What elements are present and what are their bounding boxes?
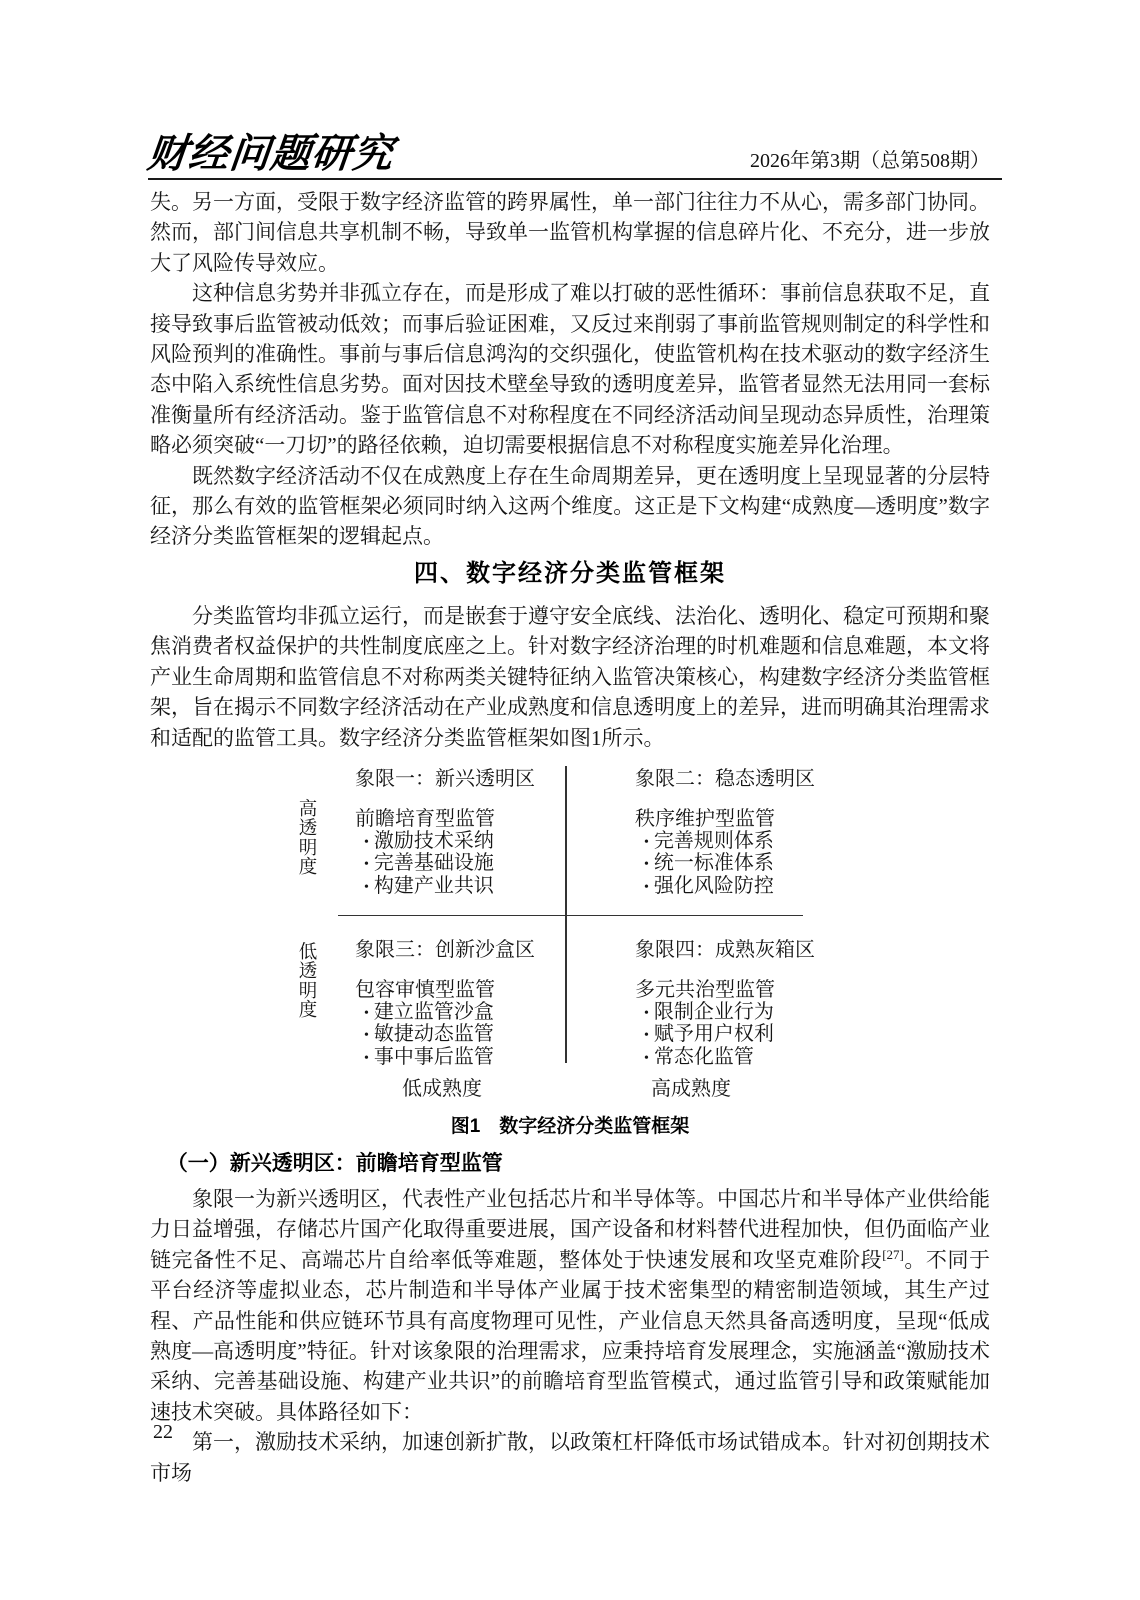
y-axis-label-low-transparency: 低透明度: [295, 944, 321, 1022]
quadrant-4-mature-graybox: 象限四：成熟灰箱区 多元共治型监管 •限制企业行为•赋予用户权利•常态化监管: [635, 939, 875, 1069]
paragraph-risk-transmission: 失。另一方面，受限于数字经济监管的跨界属性，单一部门往往力不从心，需多部门协同。…: [150, 187, 990, 278]
y-axis-label-high-transparency: 高透明度: [295, 801, 321, 879]
quadrant-item-label: 事中事后监管: [374, 1046, 494, 1068]
quadrant-item: •建立监管沙盒: [355, 1002, 595, 1024]
quadrant-item: •完善规则体系: [635, 831, 875, 853]
quadrant-item-label: 敏捷动态监管: [374, 1023, 494, 1045]
quadrant-item-list: •激励技术采纳•完善基础设施•构建产业共识: [355, 831, 595, 898]
quadrant-item: •限制企业行为: [635, 1002, 875, 1024]
quadrant-item: •激励技术采纳: [355, 831, 595, 853]
quadrant-item-list: •限制企业行为•赋予用户权利•常态化监管: [635, 1002, 875, 1069]
paragraph-text: 象限一为新兴透明区，代表性产业包括芯片和半导体等。中国芯片和半导体产业供给能力日…: [150, 1187, 990, 1272]
x-axis-label-high-maturity: 高成熟度: [611, 1078, 771, 1100]
quadrant-item: •常态化监管: [635, 1047, 875, 1069]
quadrant-item-label: 建立监管沙盒: [374, 1001, 494, 1023]
x-axis-label-low-maturity: 低成熟度: [362, 1078, 522, 1100]
bullet-icon: •: [644, 832, 649, 853]
quadrant-title: 象限四：成熟灰箱区: [635, 939, 875, 961]
bullet-icon: •: [364, 832, 369, 853]
figure-caption: 图1 数字经济分类监管框架: [150, 1113, 990, 1141]
quadrant-item-label: 限制企业行为: [654, 1001, 774, 1023]
issue-info: 2026年第3期（总第508期）: [750, 144, 990, 173]
bullet-icon: •: [364, 1025, 369, 1046]
bullet-icon: •: [644, 1025, 649, 1046]
citation-ref-27: [27]: [882, 1247, 904, 1262]
quadrant-item-list: •建立监管沙盒•敏捷动态监管•事中事后监管: [355, 1002, 595, 1069]
quadrant-title: 象限三：创新沙盒区: [355, 939, 595, 961]
quadrant-item-label: 常态化监管: [654, 1046, 754, 1068]
header-rule: [148, 178, 1002, 180]
bullet-icon: •: [644, 1003, 649, 1024]
quadrant-item: •敏捷动态监管: [355, 1024, 595, 1046]
paragraph-path-one: 第一，激励技术采纳，加速创新扩散，以政策杠杆降低市场试错成本。针对初创期技术市场: [150, 1427, 990, 1488]
quadrant-item-list: •完善规则体系•统一标准体系•强化风险防控: [635, 831, 875, 898]
quadrant-regulation-type: 多元共治型监管: [635, 979, 875, 1001]
quadrant-2-stable-transparent: 象限二：稳态透明区 秩序维护型监管 •完善规则体系•统一标准体系•强化风险防控: [635, 768, 875, 898]
figure-horizontal-divider: [338, 915, 803, 917]
quadrant-item-label: 完善基础设施: [374, 852, 494, 874]
quadrant-regulation-type: 前瞻培育型监管: [355, 808, 595, 830]
quadrant-item-label: 赋予用户权利: [654, 1023, 774, 1045]
section-heading-4: 四、数字经济分类监管框架: [150, 559, 990, 589]
subsection-heading-1: （一）新兴透明区：前瞻培育型监管: [150, 1149, 990, 1179]
quadrant-item-label: 完善规则体系: [654, 830, 774, 852]
paragraph-framework-intro: 分类监管均非孤立运行，而是嵌套于遵守安全底线、法治化、透明化、稳定可预期和聚焦消…: [150, 601, 990, 753]
quadrant-item: •统一标准体系: [635, 853, 875, 875]
bullet-icon: •: [364, 877, 369, 898]
paragraph-quadrant-one-analysis: 象限一为新兴透明区，代表性产业包括芯片和半导体等。中国芯片和半导体产业供给能力日…: [150, 1184, 990, 1427]
quadrant-item-label: 构建产业共识: [374, 875, 494, 897]
quadrant-title: 象限一：新兴透明区: [355, 768, 595, 790]
bullet-icon: •: [364, 1048, 369, 1069]
quadrant-item: •强化风险防控: [635, 876, 875, 898]
bullet-icon: •: [364, 854, 369, 875]
bullet-icon: •: [644, 1048, 649, 1069]
quadrant-item-label: 强化风险防控: [654, 875, 774, 897]
quadrant-regulation-type: 秩序维护型监管: [635, 808, 875, 830]
quadrant-item: •完善基础设施: [355, 853, 595, 875]
journal-page: 财经问题研究 2026年第3期（总第508期） 失。另一方面，受限于数字经济监管…: [0, 0, 1140, 1600]
quadrant-title: 象限二：稳态透明区: [635, 768, 875, 790]
quadrant-item-label: 统一标准体系: [654, 852, 774, 874]
paragraph-two-dimensions: 既然数字经济活动不仅在成熟度上存在生命周期差异，更在透明度上呈现显著的分层特征，…: [150, 461, 990, 552]
bullet-icon: •: [644, 854, 649, 875]
paragraph-vicious-cycle: 这种信息劣势并非孤立存在，而是形成了难以打破的恶性循环：事前信息获取不足，直接导…: [150, 278, 990, 460]
main-content: 失。另一方面，受限于数字经济监管的跨界属性，单一部门往往力不从心，需多部门协同。…: [150, 187, 990, 1488]
paragraph-text: 。不同于平台经济等虚拟业态，芯片制造和半导体产业属于技术密集型的精密制造领域，其…: [150, 1248, 990, 1424]
journal-logo: 财经问题研究: [145, 122, 397, 179]
quadrant-item: •构建产业共识: [355, 876, 595, 898]
page-number: 22: [153, 1421, 173, 1444]
quadrant-regulation-type: 包容审慎型监管: [355, 979, 595, 1001]
bullet-icon: •: [644, 877, 649, 898]
quadrant-item: •赋予用户权利: [635, 1024, 875, 1046]
bullet-icon: •: [364, 1003, 369, 1024]
quadrant-item: •事中事后监管: [355, 1047, 595, 1069]
quadrant-1-emerging-transparent: 象限一：新兴透明区 前瞻培育型监管 •激励技术采纳•完善基础设施•构建产业共识: [355, 768, 595, 898]
quadrant-item-label: 激励技术采纳: [374, 830, 494, 852]
figure-classification-matrix: 高透明度 低透明度 象限一：新兴透明区 前瞻培育型监管 •激励技术采纳•完善基础…: [150, 753, 990, 1103]
quadrant-3-innovation-sandbox: 象限三：创新沙盒区 包容审慎型监管 •建立监管沙盒•敏捷动态监管•事中事后监管: [355, 939, 595, 1069]
